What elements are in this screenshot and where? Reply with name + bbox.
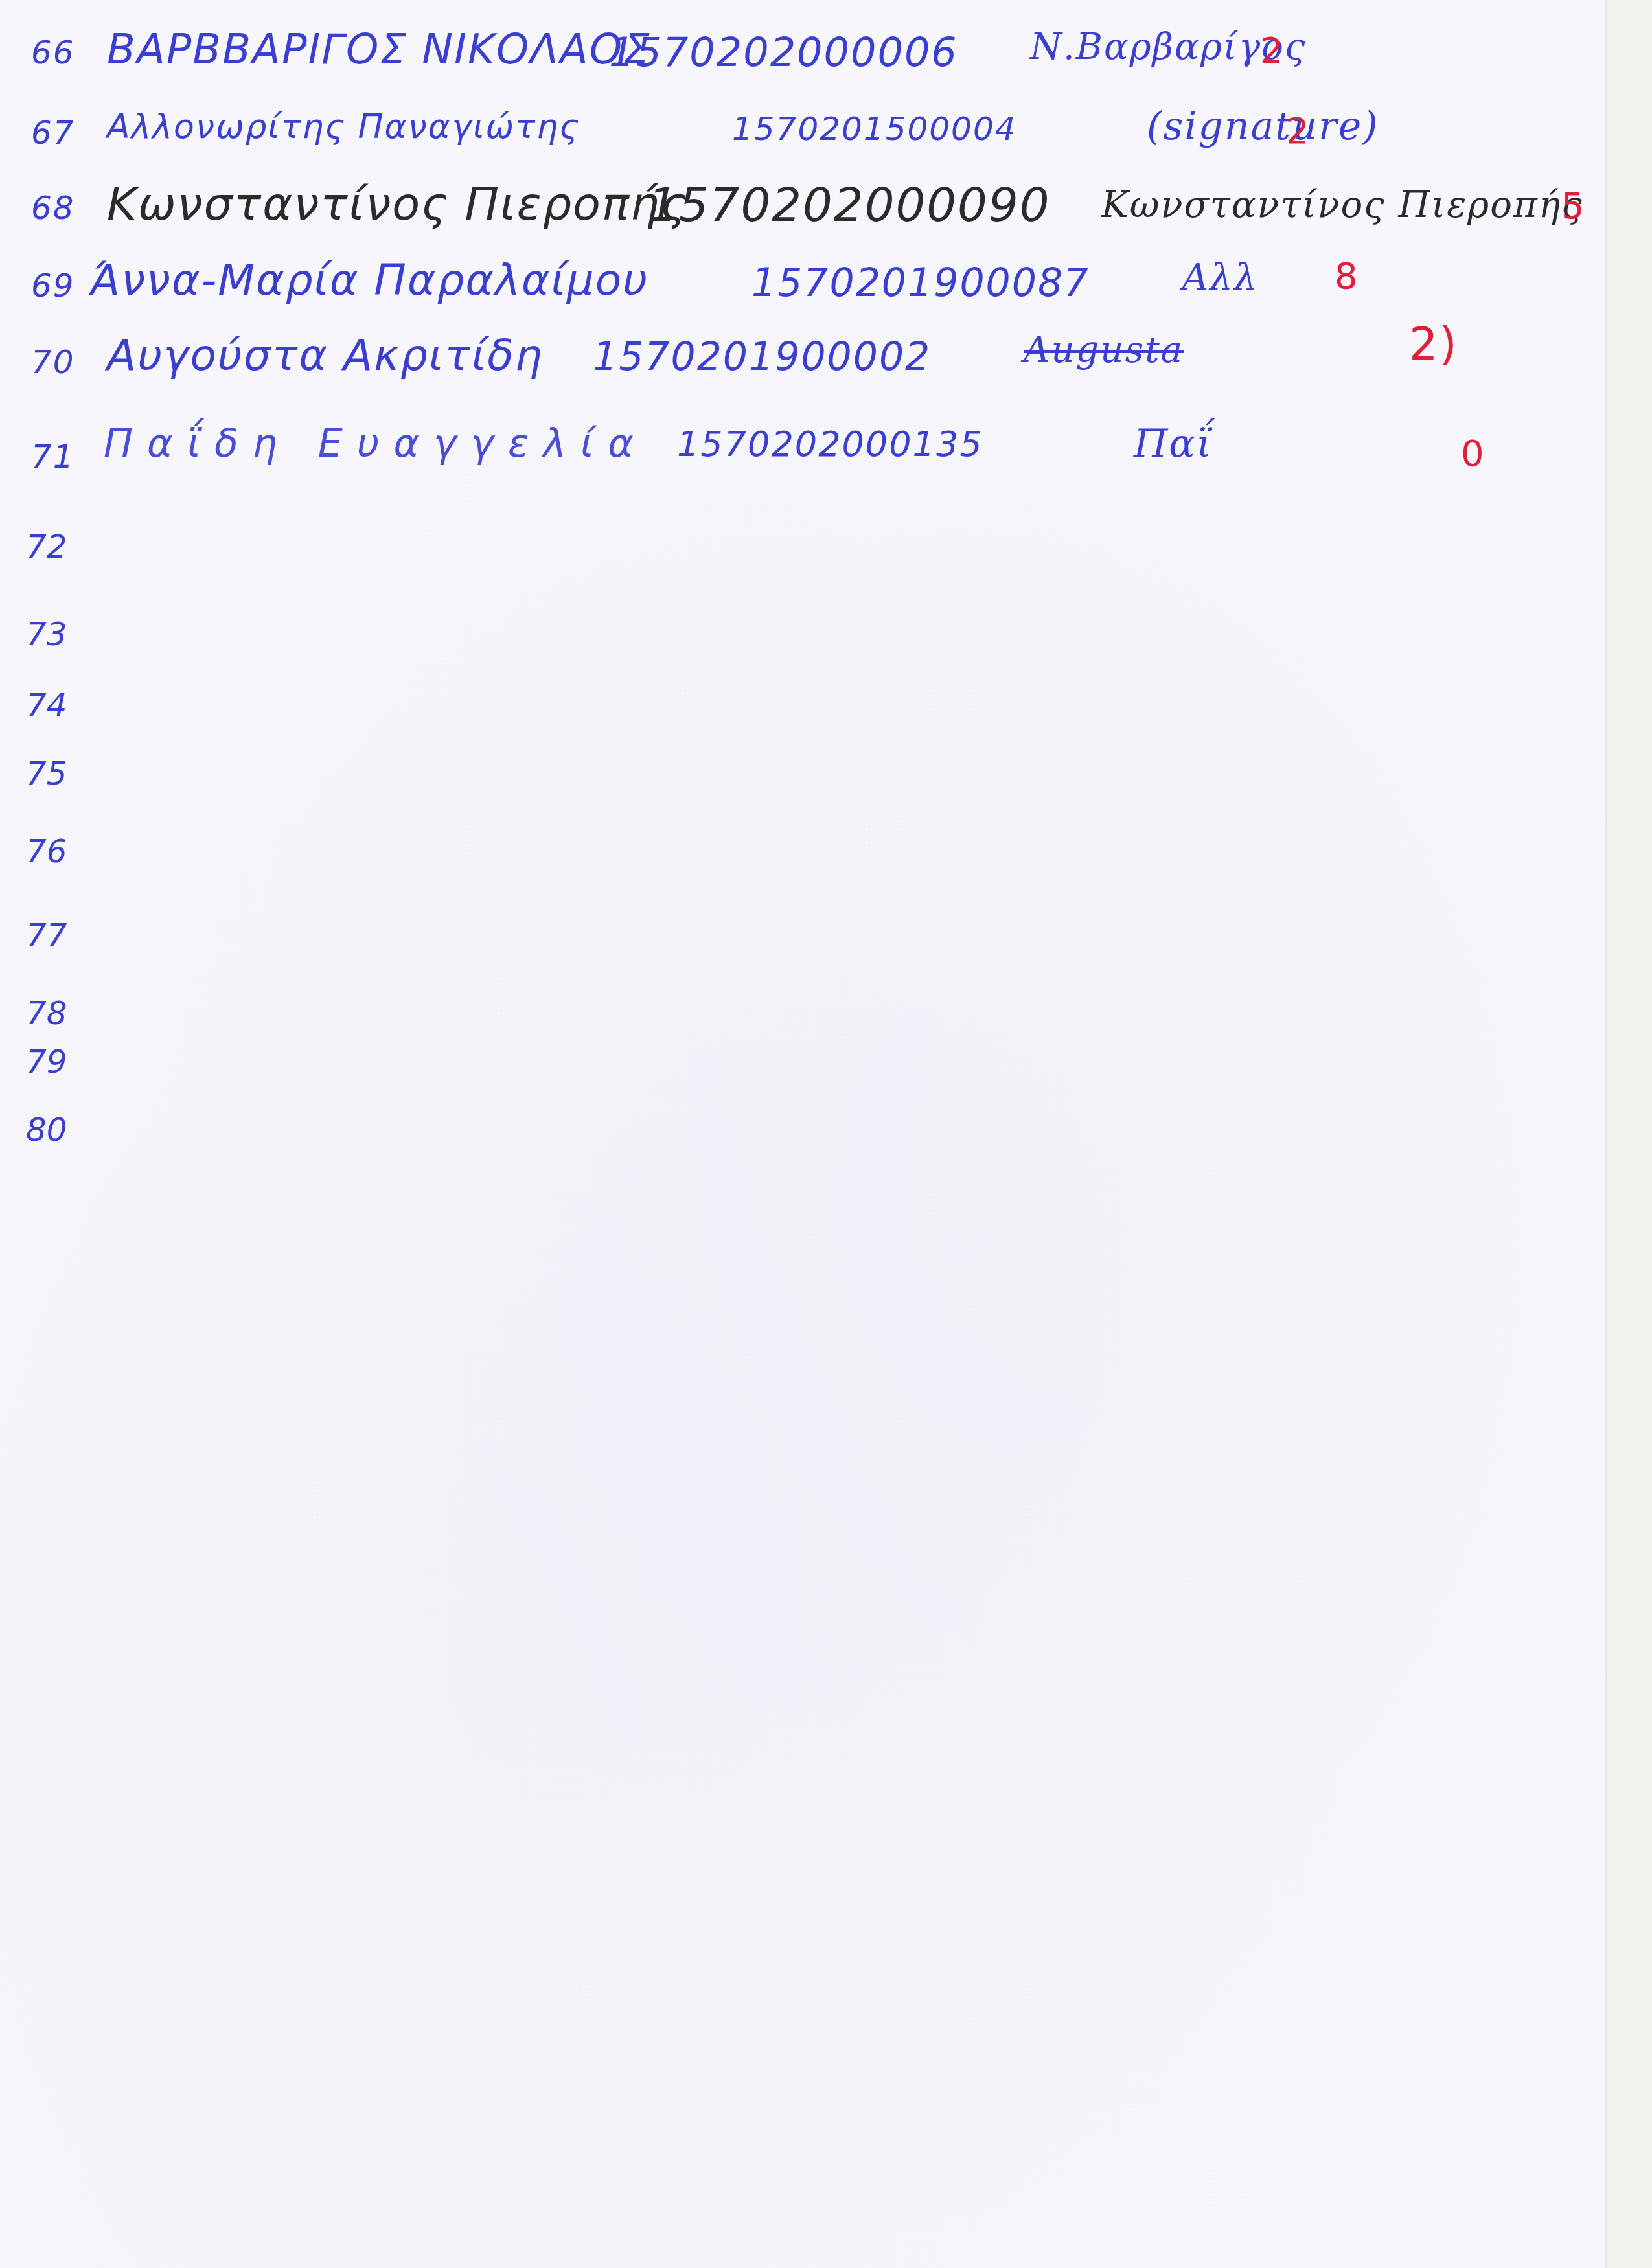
student-name: ΒΑΡΒΒΑΡΙΓΟΣ ΝΙΚΟΛΑΟΣ [107,26,651,74]
signature: Κωνσταντίνος Πιεροπής [1101,184,1583,226]
student-name: Αυγούστα Ακριτίδη [107,330,544,380]
student-name: Παΐδη Ευαγγελία [104,421,648,466]
grade-mark: 2 [1260,30,1285,72]
student-name: Άννα-Μαρία Παραλαίμου [91,255,648,305]
row-number: 70 [31,343,75,381]
grade-mark: 2) [1409,317,1458,371]
list-item: 69 Άννα-Μαρία Παραλαίμου 1570201900087 Α… [0,253,1605,324]
registration-number: 1570201900087 [751,260,1090,306]
row-number: 68 [31,189,75,227]
signature: Παΐ [1134,421,1213,466]
signature: Αλλ [1182,257,1258,299]
grade-mark: 5 [1561,185,1586,227]
row-number: 75 [26,755,67,792]
row-number: 80 [26,1111,67,1149]
row-number: 77 [26,917,67,954]
list-item: 71 Παΐδη Ευαγγελία 1570202000135 Παΐ 0 [0,421,1605,492]
grade-mark: 8 [1335,255,1359,297]
row-number: 79 [26,1043,67,1081]
list-item: 70 Αυγούστα Ακριτίδη 1570201900002 Augus… [0,330,1605,402]
row-number: 73 [26,615,67,653]
row-number: 76 [26,832,67,870]
row-number: 66 [31,34,75,71]
row-number: 72 [26,528,67,566]
grade-mark: 0 [1461,433,1486,475]
row-number: 71 [31,438,75,475]
scanned-sheet: 66 ΒΑΡΒΒΑΡΙΓΟΣ ΝΙΚΟΛΑΟΣ 1570202000006 Ν.… [0,0,1605,2268]
registration-number: 1570202000135 [677,424,983,464]
registration-number: 1570202000090 [648,178,1051,232]
grade-mark: 2 [1286,110,1311,152]
student-name: Αλλονωρίτης Παναγιώτης [107,108,580,146]
registration-number: 1570201500004 [732,110,1017,148]
row-number: 74 [26,687,67,724]
row-number: 67 [31,114,75,152]
signature: (signature) [1147,104,1379,149]
list-item: 67 Αλλονωρίτης Παναγιώτης 1570201500004 … [0,104,1605,175]
row-number: 78 [26,994,67,1032]
student-name: Κωνσταντίνος Πιεροπής [107,178,688,231]
registration-number: 1570201900002 [593,334,931,380]
row-number: 69 [31,267,75,304]
registration-number: 1570202000006 [609,29,958,76]
signature: Augusta [1024,329,1184,371]
list-item: 68 Κωνσταντίνος Πιεροπής 1570202000090 Κ… [0,175,1605,246]
list-item: 66 ΒΑΡΒΒΑΡΙΓΟΣ ΝΙΚΟΛΑΟΣ 1570202000006 Ν.… [0,19,1605,91]
